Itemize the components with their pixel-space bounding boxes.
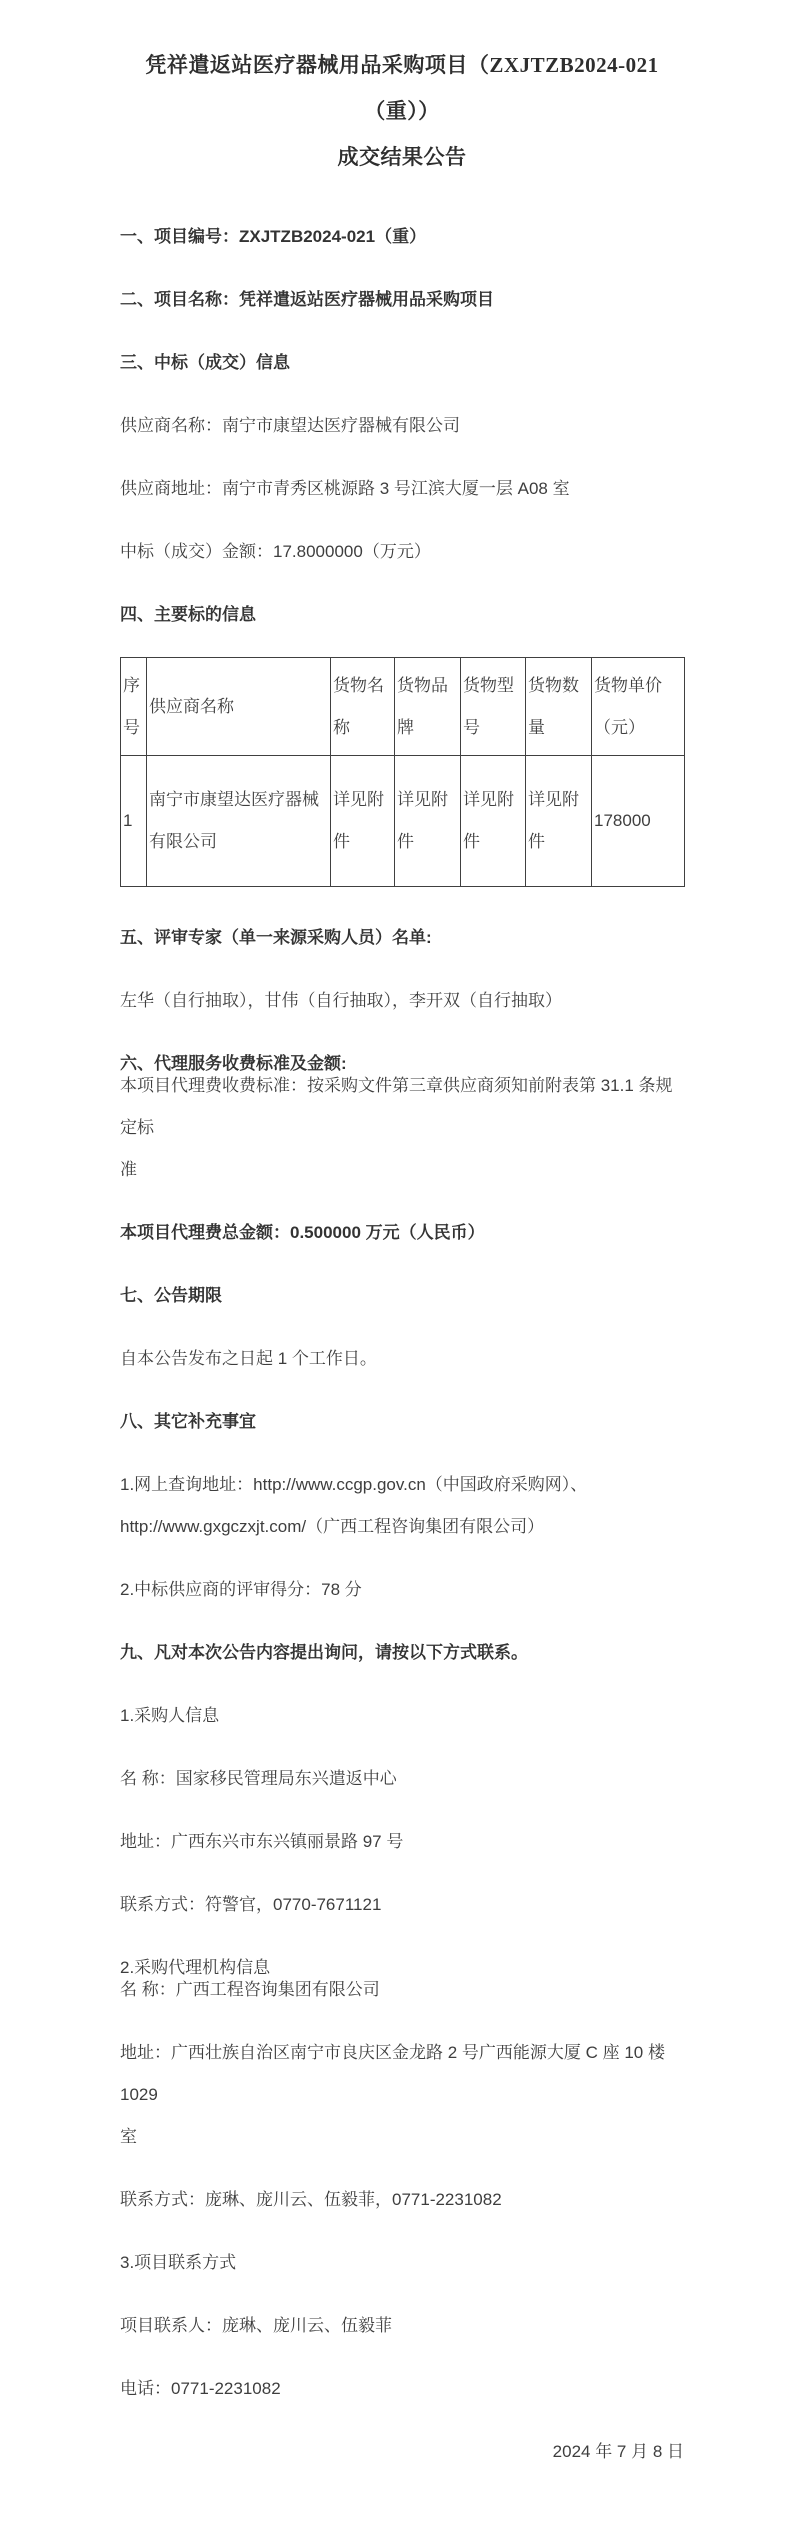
table-data-row: 1 南宁市康望达医疗器械有限公司 详见附件 详见附件 详见附件 详见附件 178… xyxy=(121,756,685,887)
document-title: 凭祥遣返站医疗器械用品采购项目（ZXJTZB2024-021（重）） 成交结果公… xyxy=(120,42,684,180)
supplier-name-line: 供应商名称：南宁市康望达医疗器械有限公司 xyxy=(120,405,684,447)
purchaser-contact-line: 联系方式：符警官，0770-7671121 xyxy=(120,1884,684,1926)
query-url-line: 1.网上查询地址：http://www.ccgp.gov.cn（中国政府采购网）… xyxy=(120,1464,684,1548)
table-cell-goods-name: 详见附件 xyxy=(331,756,395,887)
table-header-goods-name: 货物名称 xyxy=(331,658,395,756)
table-header-row: 序号 供应商名称 货物名称 货物品牌 货物型号 货物数量 货物单价（元） xyxy=(121,658,685,756)
section-8-heading: 八、其它补充事宜 xyxy=(120,1401,684,1443)
title-line-2: 成交结果公告 xyxy=(120,134,684,180)
table-header-goods-qty: 货物数量 xyxy=(526,658,592,756)
section-4-heading: 四、主要标的信息 xyxy=(120,594,684,636)
announcement-date: 2024 年 7 月 8 日 xyxy=(120,2431,684,2473)
agency-contact-line: 联系方式：庞琳、庞川云、伍毅菲，0771-2231082 xyxy=(120,2179,684,2221)
supplier-address-line: 供应商地址：南宁市青秀区桃源路 3 号江滨大厦一层 A08 室 xyxy=(120,468,684,510)
section-9-heading: 九、凡对本次公告内容提出询问，请按以下方式联系。 xyxy=(120,1632,684,1674)
fee-total-line: 本项目代理费总金额：0.500000 万元（人民币） xyxy=(120,1212,684,1254)
table-cell-goods-brand: 详见附件 xyxy=(395,756,461,887)
award-amount-line: 中标（成交）金额：17.8000000（万元） xyxy=(120,531,684,573)
table-header-seq: 序号 xyxy=(121,658,147,756)
section-7-heading: 七、公告期限 xyxy=(120,1275,684,1317)
experts-line: 左华（自行抽取），甘伟（自行抽取），李开双（自行抽取） xyxy=(120,980,684,1022)
agency-name-line: 名 称：广西工程咨询集团有限公司 xyxy=(120,1969,684,2011)
fee-standard-line-2: 准 xyxy=(120,1149,684,1191)
table-header-supplier: 供应商名称 xyxy=(147,658,331,756)
agency-address-line: 地址：广西壮族自治区南宁市良庆区金龙路 2 号广西能源大厦 C 座 10 楼 1… xyxy=(120,2032,684,2158)
table-header-goods-brand: 货物品牌 xyxy=(395,658,461,756)
table-cell-goods-qty: 详见附件 xyxy=(526,756,592,887)
query-url-line-2: http://www.gxgczxjt.com/（广西工程咨询集团有限公司） xyxy=(120,1506,684,1548)
review-score-line: 2.中标供应商的评审得分：78 分 xyxy=(120,1569,684,1611)
table-cell-unit-price: 178000 xyxy=(592,756,685,887)
table-header-unit-price: 货物单价（元） xyxy=(592,658,685,756)
table-header-goods-model: 货物型号 xyxy=(461,658,526,756)
project-phone-line: 电话：0771-2231082 xyxy=(120,2368,684,2410)
purchaser-address-line: 地址：广西东兴市东兴镇丽景路 97 号 xyxy=(120,1821,684,1863)
announcement-document: 凭祥遣返站医疗器械用品采购项目（ZXJTZB2024-021（重）） 成交结果公… xyxy=(0,0,800,2531)
query-url-line-1: 1.网上查询地址：http://www.ccgp.gov.cn（中国政府采购网）… xyxy=(120,1464,684,1506)
section-5-heading: 五、评审专家（单一来源采购人员）名单: xyxy=(120,917,684,959)
project-contact-person-line: 项目联系人：庞琳、庞川云、伍毅菲 xyxy=(120,2305,684,2347)
notice-period-line: 自本公告发布之日起 1 个工作日。 xyxy=(120,1338,684,1380)
project-contact-label: 3.项目联系方式 xyxy=(120,2242,684,2284)
title-line-1: 凭祥遣返站医疗器械用品采购项目（ZXJTZB2024-021（重）） xyxy=(120,42,684,134)
fee-standard-line: 本项目代理费收费标准：按采购文件第三章供应商须知前附表第 31.1 条规定标 准 xyxy=(120,1065,684,1191)
bid-items-table: 序号 供应商名称 货物名称 货物品牌 货物型号 货物数量 货物单价（元） 1 南… xyxy=(120,657,685,887)
section-2-heading: 二、项目名称：凭祥遣返站医疗器械用品采购项目 xyxy=(120,279,684,321)
fee-standard-line-1: 本项目代理费收费标准：按采购文件第三章供应商须知前附表第 31.1 条规定标 xyxy=(120,1065,684,1149)
section-1-heading: 一、项目编号：ZXJTZB2024-021（重） xyxy=(120,216,684,258)
table-cell-seq: 1 xyxy=(121,756,147,887)
table-cell-goods-model: 详见附件 xyxy=(461,756,526,887)
purchaser-name-line: 名 称：国家移民管理局东兴遣返中心 xyxy=(120,1758,684,1800)
purchaser-info-label: 1.采购人信息 xyxy=(120,1695,684,1737)
section-3-heading: 三、中标（成交）信息 xyxy=(120,342,684,384)
agency-address-line-1: 地址：广西壮族自治区南宁市良庆区金龙路 2 号广西能源大厦 C 座 10 楼 1… xyxy=(120,2032,684,2116)
table-cell-supplier: 南宁市康望达医疗器械有限公司 xyxy=(147,756,331,887)
agency-address-line-2: 室 xyxy=(120,2116,684,2158)
